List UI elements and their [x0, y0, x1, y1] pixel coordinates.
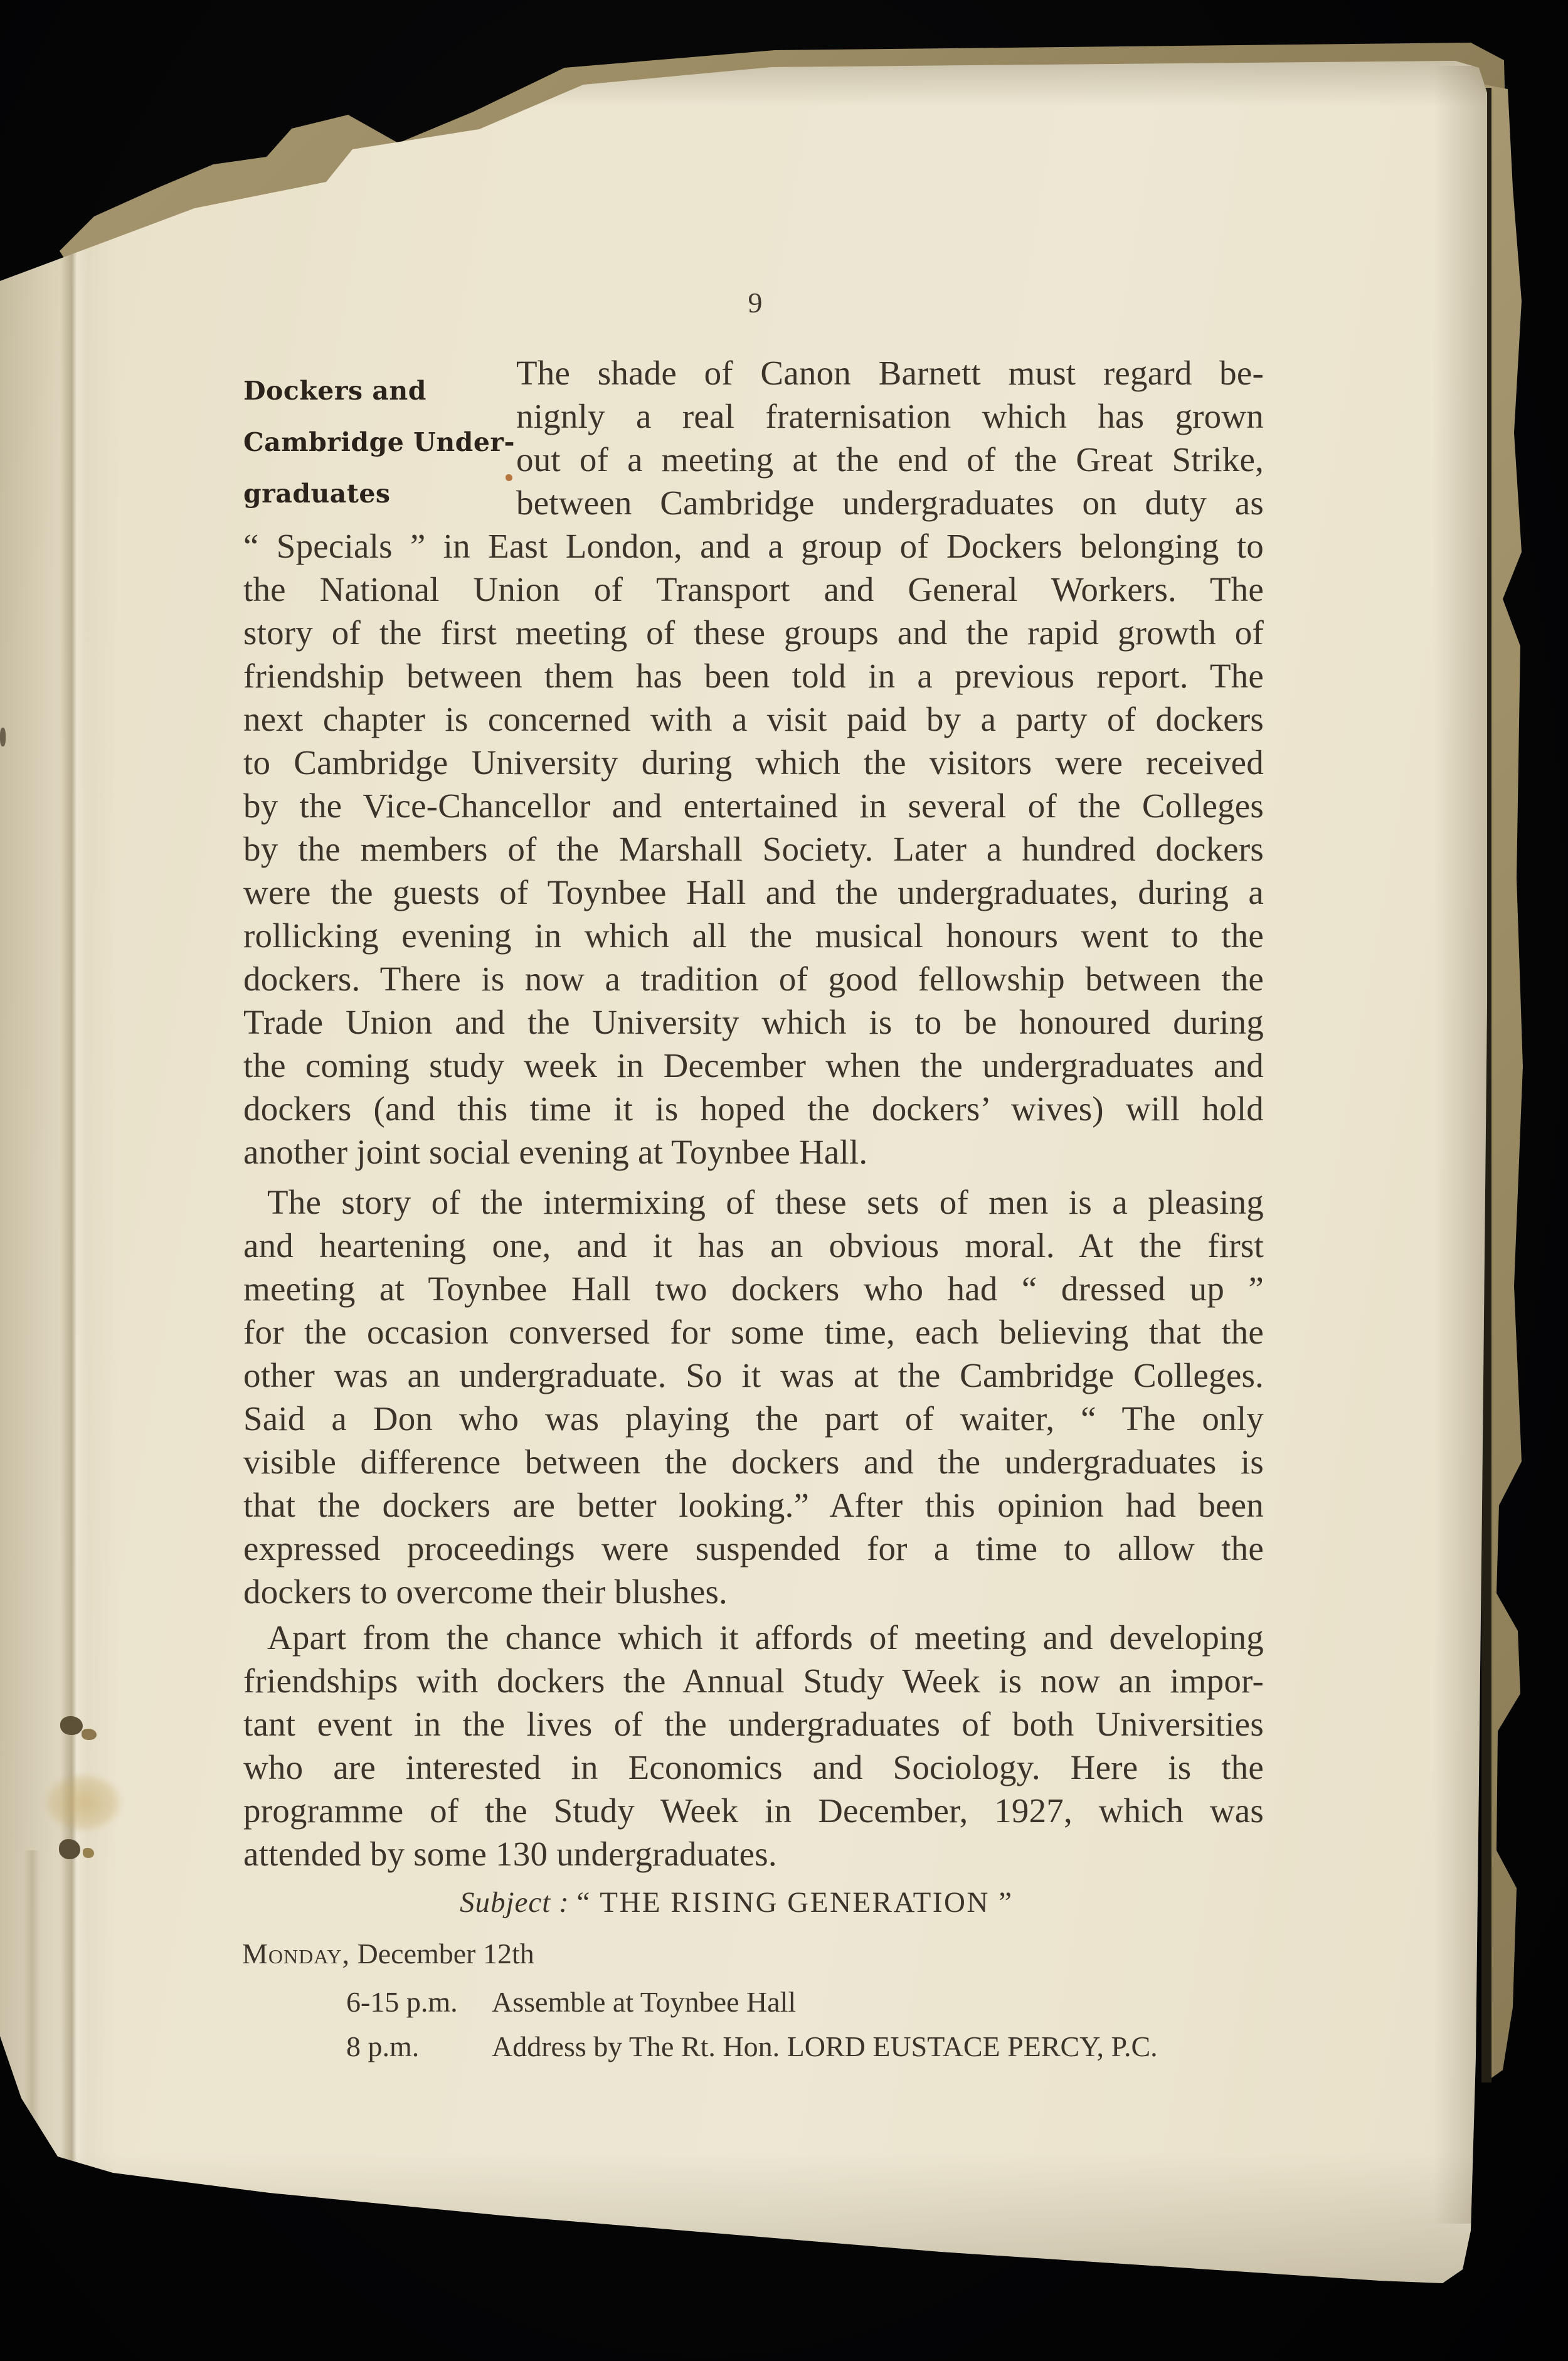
text-line: dockers (and this time it is hoped the d…	[243, 1087, 1264, 1130]
page-number: 9	[733, 286, 778, 319]
paragraph-3: Apart from the chance which it affords o…	[243, 1616, 1264, 1876]
text-line: Dockers and	[243, 365, 526, 416]
text-line: The shade of Canon Barnett must regard b…	[516, 351, 1264, 395]
paragraph-1-indented-lines: The shade of Canon Barnett must regard b…	[516, 351, 1264, 524]
text-line: friendship between them has been told in…	[243, 654, 1264, 698]
text-line: programme of the Study Week in December,…	[243, 1789, 1264, 1832]
text-line: expressed proceedings were suspended for…	[243, 1527, 1264, 1570]
right-edge-shadow	[1433, 66, 1487, 2224]
schedule-item-time: 8 p.m.	[346, 2024, 492, 2069]
subject-label: Subject :	[460, 1886, 569, 1919]
stitch-hole-fleck	[59, 1839, 80, 1859]
text-line: nignly a real fraternisation which has g…	[516, 395, 1264, 438]
text-line: dockers to overcome their blushes.	[243, 1570, 1264, 1613]
text-line: another joint social evening at Toynbee …	[243, 1130, 1264, 1174]
subject-title: “ THE RISING GENERATION ”	[577, 1886, 1014, 1919]
schedule-day-heading: Monday, December 12th	[242, 1937, 534, 1970]
text-line: Said a Don who was playing the part of w…	[243, 1397, 1264, 1440]
binding-crease	[60, 226, 88, 2170]
text-line: tant event in the lives of the undergrad…	[243, 1702, 1264, 1746]
text-line: were the guests of Toynbee Hall and the …	[243, 871, 1264, 914]
text-line: dockers. There is now a tradition of goo…	[243, 957, 1264, 1000]
text-line: by the Vice-Chancellor and entertained i…	[243, 784, 1264, 827]
text-line: Apart from the chance which it affords o…	[243, 1616, 1264, 1659]
text-line: Cambridge Under-	[243, 416, 526, 468]
scanned-book-photograph: 9 Dockers andCambridge Under-graduates T…	[0, 0, 1568, 2361]
text-line: rollicking evening in which all the musi…	[243, 914, 1264, 957]
schedule-items: 6-15 p.m.Assemble at Toynbee Hall8 p.m.A…	[346, 1980, 1158, 2069]
text-line: to Cambridge University during which the…	[243, 741, 1264, 784]
book-page: 9 Dockers andCambridge Under-graduates T…	[0, 0, 1568, 2361]
text-line: visible difference between the dockers a…	[243, 1440, 1264, 1483]
schedule-item-description: Address by The Rt. Hon. LORD EUSTACE PER…	[492, 2024, 1158, 2069]
schedule-item-description: Assemble at Toynbee Hall	[492, 1980, 796, 2024]
text-line: friendships with dockers the Annual Stud…	[243, 1659, 1264, 1702]
text-line: that the dockers are better looking.” Af…	[243, 1483, 1264, 1527]
text-line: next chapter is concerned with a visit p…	[243, 698, 1264, 741]
schedule-item-time: 6-15 p.m.	[346, 1980, 492, 2024]
secondary-crease	[24, 1850, 40, 2202]
text-line: between Cambridge undergraduates on duty…	[516, 481, 1264, 524]
text-line: out of a meeting at the end of the Great…	[516, 438, 1264, 481]
text-line: and heartening one, and it has an obviou…	[243, 1224, 1264, 1267]
schedule-item: 6-15 p.m.Assemble at Toynbee Hall	[346, 1980, 1158, 2024]
schedule-item: 8 p.m.Address by The Rt. Hon. LORD EUSTA…	[346, 2024, 1158, 2069]
schedule-weekday: Monday,	[242, 1938, 350, 1970]
text-line: story of the first meeting of these grou…	[243, 611, 1264, 654]
text-line: The story of the intermixing of these se…	[243, 1180, 1264, 1224]
paragraph-2: The story of the intermixing of these se…	[243, 1180, 1264, 1613]
text-line: other was an undergraduate. So it was at…	[243, 1354, 1264, 1397]
text-line: who are interested in Economics and Soci…	[243, 1746, 1264, 1789]
programme-subject: Subject : “ THE RISING GENERATION ”	[460, 1886, 1014, 1919]
stitch-hole-fleck	[60, 1716, 83, 1735]
paragraph-1-full-lines: “ Specials ” in East London, and a group…	[243, 524, 1264, 1174]
text-line: for the occasion conversed for some time…	[243, 1310, 1264, 1354]
text-line: graduates	[243, 468, 526, 519]
paper-stain	[45, 1774, 122, 1832]
edge-mark	[0, 728, 6, 746]
text-line: attended by some 130 undergraduates.	[243, 1832, 1264, 1876]
text-line: the National Union of Transport and Gene…	[243, 568, 1264, 611]
text-line: by the members of the Marshall Society. …	[243, 827, 1264, 871]
text-line: meeting at Toynbee Hall two dockers who …	[243, 1267, 1264, 1310]
bottom-edge-shadow	[38, 2151, 1474, 2284]
text-line: “ Specials ” in East London, and a group…	[243, 524, 1264, 568]
margin-heading: Dockers andCambridge Under-graduates	[243, 365, 526, 519]
schedule-date: December 12th	[350, 1938, 534, 1970]
text-line: Trade Union and the University which is …	[243, 1000, 1264, 1044]
gutter-shadow	[0, 238, 135, 2177]
text-line: the coming study week in December when t…	[243, 1044, 1264, 1087]
